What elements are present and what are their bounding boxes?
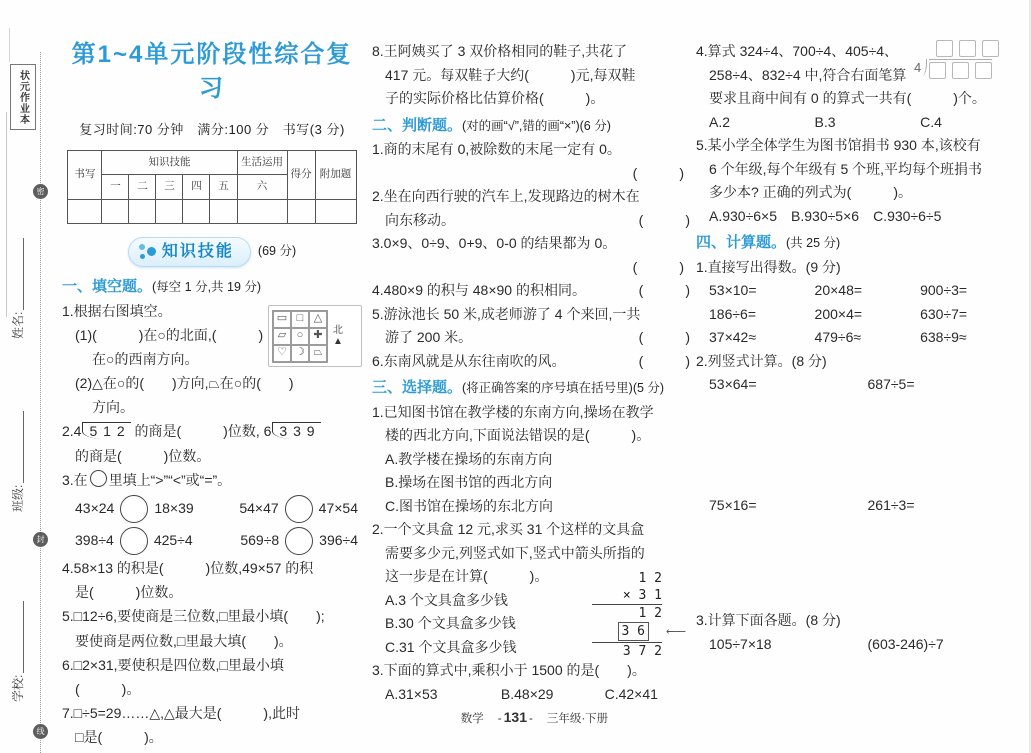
choice4-cont2: 要求且商中间有 0 的算式一共有( )个。 (696, 87, 1026, 111)
choice4-optB: B.3 (815, 111, 921, 135)
class-blank-line (11, 411, 24, 483)
section1-header: 一、填空题。(每空 1 分,共 19 分) (62, 275, 362, 300)
choice1-optC: C.图书馆在操场的东北方向 (372, 495, 690, 519)
long-division-512: 5 1 2 (82, 422, 130, 439)
q6-cont: ( )。 (62, 678, 362, 702)
th-sub5: 五 (210, 175, 237, 200)
choice1-stem: 1.已知图书馆在教学楼的东南方向,操场在教学 (372, 401, 690, 425)
calc-item: 53×10= (709, 279, 815, 303)
mult-row-top: 1 2 (592, 570, 662, 587)
q7-cont: □是( )。 (62, 726, 362, 750)
shape-grid: ▭ □ △ ▱ ○ ✚ ♡ ☽ ⏢ (272, 310, 328, 363)
th-sub3: 三 (156, 175, 183, 200)
compare-circle (285, 527, 313, 555)
calc-item: (603-246)÷7 (868, 633, 1027, 657)
q4-cont: 是( )位数。 (62, 581, 362, 605)
shape-grid-figure: ▭ □ △ ▱ ○ ✚ ♡ ☽ ⏢ 北▲ (268, 305, 362, 367)
q3-compare-row2: 398÷4425÷4 569÷8396÷4 (62, 525, 362, 557)
north-indicator: 北▲ (333, 325, 343, 347)
th-fujia: 附加题 (315, 150, 356, 199)
calc-item: 53×64= (709, 373, 868, 397)
arrow-left-icon: ←―― (666, 623, 683, 640)
shape-moon: ☽ (291, 345, 309, 362)
calc-item: 105÷7×18 (709, 633, 868, 657)
seal-mark-xian: 线 (33, 724, 48, 739)
choice2-cont1: 需要多少元,列竖式如下,竖式中箭头所指的 (372, 542, 690, 566)
choice4-optC: C.4 (920, 111, 1026, 135)
calc3-row1: 105÷7×18(603-246)÷7 (696, 633, 1026, 657)
q1-sub2: (2)△在○的( )方向,⏢在○的( ) (62, 372, 362, 396)
judge4-bracket: ( ) (639, 279, 690, 303)
q3-stem: 3.在里填上“>”“<”或“=”。 (62, 469, 362, 493)
calc2-row2: 75×16=261÷3= (696, 494, 1026, 518)
mult-partial2-row: 3 6←―― (592, 622, 662, 643)
calc-item: 638÷9≈ (920, 326, 1026, 350)
judge2-cont: 向东移动。( ) (372, 209, 690, 233)
choice4-optA: A.2 (709, 111, 815, 135)
badge-pill: 知识技能 (128, 237, 251, 268)
calc-item: 900÷3= (920, 279, 1026, 303)
badge-score: (69 分) (258, 240, 296, 264)
page-footer: 数学-131-三年级·下册 (40, 709, 1029, 726)
dividend-boxes (929, 59, 992, 79)
school-blank-line (11, 601, 24, 673)
calc-item: 186÷6= (709, 303, 815, 327)
score-cell (315, 199, 356, 223)
calc1-row1: 53×10=20×48=900÷3= (696, 279, 1026, 303)
q5-stem: 5.□12÷6,要使商是三位数,□里最小填( ); (62, 605, 362, 629)
choice3-options: A.31×53 B.48×29 C.42×41 (372, 683, 690, 707)
mult-partial1: 1 2 (592, 605, 662, 622)
choice5-cont1: 6 个年级,每个年级有 5 个班,平均每个班捐书 (696, 158, 1026, 182)
score-table: 书写 知识技能 生活运用 得分 附加题 一 二 三 四 五 六 (67, 150, 356, 224)
section4-header: 四、计算题。(共 25 分) (696, 231, 1026, 256)
choice1-cont: 楼的西北方向,下面说法错误的是( )。 (372, 424, 690, 448)
calc-item: 200×4= (815, 303, 921, 327)
section2-header: 二、判断题。(对的画“√”,错的画“×”)(6 分) (372, 114, 690, 139)
score-cell (129, 199, 156, 223)
book-series-label: 状元作业本 (10, 64, 36, 130)
calc1-stem: 1.直接写出得数。(9 分) (696, 256, 1026, 280)
compare-circle (285, 495, 313, 523)
q1-sub2-cont: 方向。 (62, 396, 362, 420)
choice5-cont2: 多少本? 正确的列式为( )。 (696, 181, 1026, 205)
choice3-optB: B.48×29 (501, 683, 605, 707)
choice2-stem: 2.一个文具盒 12 元,求买 31 个这样的文具盒 (372, 518, 690, 542)
calc2-stem: 2.列竖式计算。(8 分) (696, 350, 1026, 374)
th-defen: 得分 (287, 150, 315, 199)
score-cell (68, 199, 102, 223)
choice3-optA: A.31×53 (385, 683, 501, 707)
working-space (696, 397, 1026, 494)
name-blank-line (11, 238, 24, 310)
long-division-339: 3 3 9 (272, 422, 320, 439)
q8-cont2: 子的实际价格比估算价格( )。 (372, 87, 690, 111)
score-cell (156, 199, 183, 223)
footer-subject: 数学 (461, 713, 484, 725)
badge-label: 知识技能 (162, 240, 234, 264)
seal-mark-mi: 密 (33, 184, 48, 199)
boxed-value: 3 6 (618, 622, 649, 641)
dots-icon (139, 243, 156, 260)
seal-mark-feng: 封 (33, 532, 48, 547)
th-zhishi: 知识技能 (102, 150, 237, 175)
choice1-optB: B.操场在图书馆的西北方向 (372, 471, 690, 495)
working-space (696, 517, 1026, 609)
choice1-optA: A.教学楼在操场的东南方向 (372, 448, 690, 472)
judge4: 4.480×9 的积与 48×90 的积相同。( ) (372, 279, 690, 303)
q6-stem: 6.□2×31,要使积是四位数,□里最小填 (62, 654, 362, 678)
fill-in-section: 一、填空题。(每空 1 分,共 19 分) ▭ □ △ ▱ ○ ✚ ♡ ☽ ⏢ … (62, 275, 362, 751)
page-edge-mark (6, 112, 7, 317)
student-name-field: 姓名: (8, 189, 26, 339)
score-cell (210, 199, 237, 223)
vertical-multiplication-figure: 1 2 × 3 1 1 2 3 6←―― 3 7 2 (592, 570, 662, 660)
score-cell (237, 199, 287, 223)
calc-item: 687÷5= (868, 373, 1027, 397)
footer-page-number: -131- (498, 713, 533, 725)
judge5-bracket: ( ) (639, 326, 690, 350)
quotient-boxes (936, 40, 1024, 57)
judge1: 1.商的末尾有 0,被除数的末尾一定有 0。 (372, 138, 690, 162)
calc-item: 261÷3= (868, 494, 1027, 518)
choice5-optB: B.930÷5×6 (791, 205, 859, 229)
score-cell (287, 199, 315, 223)
q8-cont1: 417 元。每双鞋子大约( )元,每双鞋 (372, 64, 690, 88)
column-middle: 8.王阿姨买了 3 双价格相同的鞋子,共花了 417 元。每双鞋子大约( )元,… (372, 40, 690, 706)
column-left: 第1~4单元阶段性综合复习 复习时间:70 分钟 满分:100 分 书写(3 分… (62, 38, 362, 751)
compare-circle (120, 527, 148, 555)
calc-item: 630÷7= (920, 303, 1026, 327)
shape-heart: ♡ (273, 345, 291, 362)
section3-header: 三、选择题。(将正确答案的序号填在括号里)(5 分) (372, 376, 690, 401)
th-sub6: 六 (237, 175, 287, 200)
q8-stem: 8.王阿姨买了 3 双价格相同的鞋子,共花了 (372, 40, 690, 64)
calc1-row3: 37×42≈479÷6≈638÷9≈ (696, 326, 1026, 350)
exam-meta: 复习时间:70 分钟 满分:100 分 书写(3 分) (62, 118, 362, 142)
judge6-bracket: ( ) (639, 350, 690, 374)
page-title: 第1~4单元阶段性综合复习 (62, 38, 362, 106)
judge2-bracket: ( ) (639, 209, 690, 233)
column-right: 4 4.算式 324÷4、700÷4、405÷4、 258÷4、832÷4 中,… (696, 40, 1026, 656)
choice5-stem: 5.某小学全体学生为图书馆捐书 930 本,该校有 (696, 134, 1026, 158)
judge3: 3.0×9、0÷9、0+9、0-0 的结果都为 0。 (372, 232, 690, 256)
calc1-row2: 186÷6=200×4=630÷7= (696, 303, 1026, 327)
division-boxes-figure: 4 (914, 40, 1024, 79)
choice5-optA: A.930÷6×5 (709, 205, 777, 229)
q2-cont: 的商是( )位数。 (62, 445, 362, 469)
calc3-stem: 3.计算下面各题。(8 分) (696, 609, 1026, 633)
calc-item: 20×48= (815, 279, 921, 303)
choice5-optC: C.930÷6÷5 (873, 205, 941, 229)
mult-row-multiplier: × 3 1 (592, 587, 662, 605)
binding-dotted-line (40, 52, 41, 753)
judge6: 6.东南风就是从东往南吹的风。( ) (372, 350, 690, 374)
th-shuxie: 书写 (68, 150, 102, 199)
choice4-options: A.2 B.3 C.4 (696, 111, 1026, 135)
th-shenghuo: 生活运用 (237, 150, 287, 175)
calc-item: 37×42≈ (709, 326, 815, 350)
choice3-optC: C.42×41 (605, 683, 658, 707)
page-edge-mark (9, 28, 10, 62)
section-badge: 知识技能 (69 分) (62, 237, 362, 268)
judge5-cont: 游了 200 米。( ) (372, 326, 690, 350)
student-class-field: 班级: (8, 362, 26, 512)
worksheet-page: 状元作业本 密 封 线 姓名: 班级: 学校: 第1~4单元阶段性综合复习 复习… (0, 0, 1031, 753)
calc-item: 479÷6≈ (815, 326, 921, 350)
judge3-bracket: ( ) (372, 256, 690, 280)
student-school-field: 学校: (8, 552, 26, 702)
th-sub4: 四 (183, 175, 210, 200)
figure-divisor: 4 (914, 59, 921, 77)
q2-stem: 2.45 1 2 的商是( )位数, 63 3 9 (62, 420, 362, 444)
footer-edition: 三年级·下册 (547, 713, 608, 725)
judge1-bracket: ( ) (372, 162, 690, 186)
q5-cont: 要使商是两位数,□里最大填( )。 (62, 630, 362, 654)
shape-trapezoid: ⏢ (309, 345, 327, 362)
calc-item: 75×16= (709, 494, 868, 518)
compare-circle (120, 495, 148, 523)
judge2: 2.坐在向西行驶的汽车上,发现路边的树木在 (372, 185, 690, 209)
th-sub2: 二 (129, 175, 156, 200)
mult-result: 3 7 2 (592, 643, 662, 660)
judge5: 5.游泳池长 50 米,成老师游了 4 个来回,一共 (372, 303, 690, 327)
choice5-options: A.930÷6×5 B.930÷5×6 C.930÷6÷5 (696, 205, 1026, 229)
calc2-row1: 53×64=687÷5= (696, 373, 1026, 397)
q3-compare-row1: 43×2418×39 54×4747×54 (62, 493, 362, 525)
score-cell (183, 199, 210, 223)
th-sub1: 一 (102, 175, 129, 200)
q4-stem: 4.58×13 的积是( )位数,49×57 的积 (62, 557, 362, 581)
blank-circle-icon (90, 470, 107, 487)
score-cell (102, 199, 129, 223)
choice3-stem: 3.下面的算式中,乘积小于 1500 的是( )。 (372, 659, 690, 683)
division-bracket (921, 59, 927, 76)
